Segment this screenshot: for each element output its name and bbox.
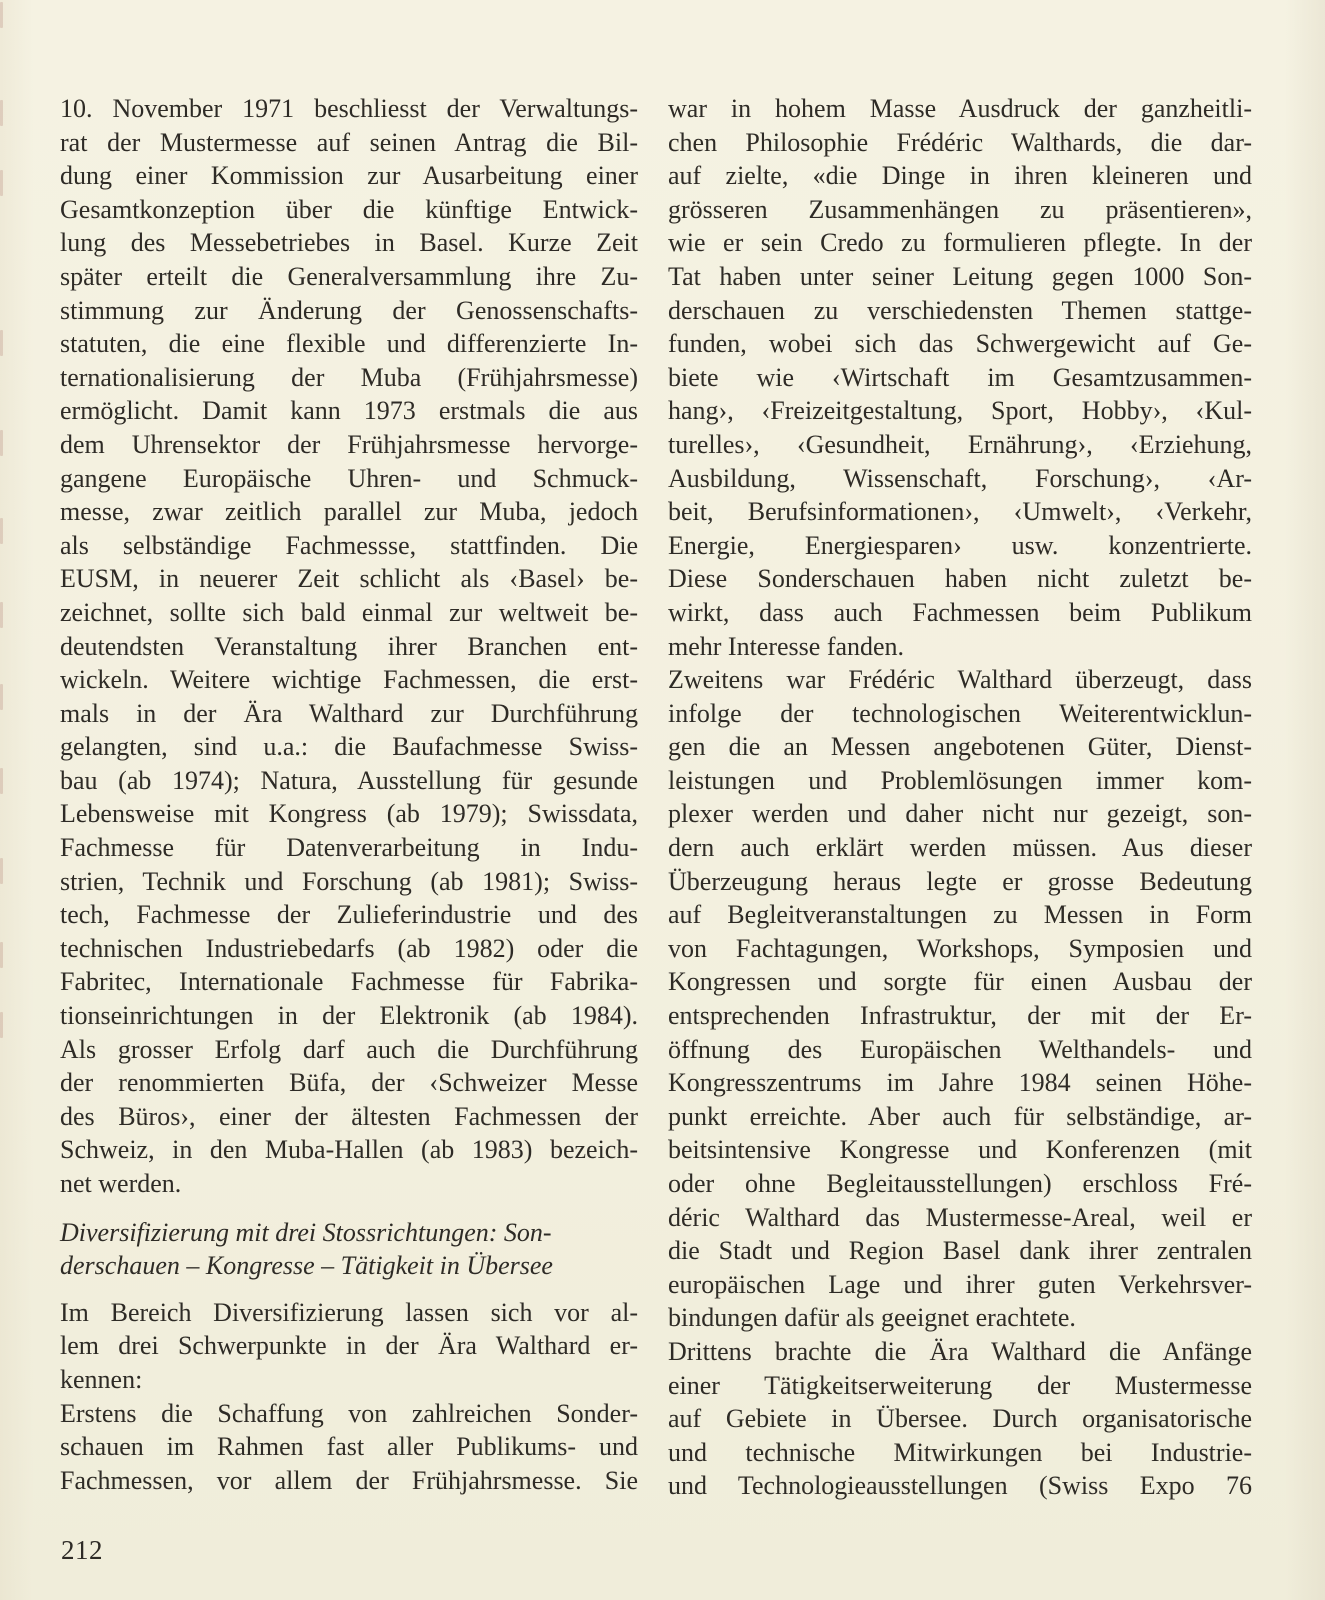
text-line: stimmung zur Änderung der Genossenschaft… xyxy=(60,294,638,328)
text-line: plexer werden und daher nicht nur gezeig… xyxy=(668,797,1252,831)
text-line: derschauen zu verschiedensten Themen sta… xyxy=(668,294,1252,328)
text-line: infolge der technologischen Weiterentwic… xyxy=(668,697,1252,731)
text-line: Schweiz, in den Muba-Hallen (ab 1983) be… xyxy=(60,1133,638,1167)
text-line: ermöglicht. Damit kann 1973 erstmals die… xyxy=(60,394,638,428)
text-column-right: war in hohem Masse Ausdruck der ganzheit… xyxy=(668,92,1252,1503)
text-line: einer Tätigkeitserweiterung der Musterme… xyxy=(668,1369,1252,1403)
text-line: derschauen – Kongresse – Tätigkeit in Üb… xyxy=(60,1249,638,1283)
text-line: Kongressen und sorgte für einen Ausbau d… xyxy=(668,965,1252,999)
text-line: chen Philosophie Frédéric Walthards, die… xyxy=(668,126,1252,160)
text-line: Im Bereich Diversifizierung lassen sich … xyxy=(60,1296,638,1330)
text-line: Kongresszentrums im Jahre 1984 seinen Hö… xyxy=(668,1066,1252,1100)
text-line: messe, zwar zeitlich parallel zur Muba, … xyxy=(60,495,638,529)
text-line: Fachmesse für Datenverarbeitung in Indu- xyxy=(60,831,638,865)
scan-artifact xyxy=(0,2,3,28)
text-line: dung einer Kommission zur Ausarbeitung e… xyxy=(60,159,638,193)
text-line: Als grosser Erfolg darf auch die Durchfü… xyxy=(60,1033,638,1067)
text-line: strien, Technik und Forschung (ab 1981);… xyxy=(60,865,638,899)
text-line: grösseren Zusammenhängen zu präsentieren… xyxy=(668,193,1252,227)
scan-artifact xyxy=(0,942,3,968)
page-number: 212 xyxy=(61,1534,103,1568)
text-line: déric Walthard das Mustermesse-Areal, we… xyxy=(668,1201,1252,1235)
text-line: punkt erreichte. Aber auch für selbständ… xyxy=(668,1100,1252,1134)
text-line: biete wie ‹Wirtschaft im Gesamtzusammen- xyxy=(668,361,1252,395)
text-line: gen die an Messen angebotenen Güter, Die… xyxy=(668,730,1252,764)
paragraph-1: war in hohem Masse Ausdruck der ganzheit… xyxy=(668,92,1252,1503)
text-line: europäischen Lage und ihrer guten Verkeh… xyxy=(668,1268,1252,1302)
text-line: turelles›, ‹Gesundheit, Ernährung›, ‹Erz… xyxy=(668,428,1252,462)
text-line: gelangten, sind u.a.: die Baufachmesse S… xyxy=(60,730,638,764)
scan-artifact xyxy=(0,858,3,884)
text-line: zeichnet, sollte sich bald einmal zur we… xyxy=(60,596,638,630)
paragraph-1: 10. November 1971 beschliesst der Verwal… xyxy=(60,92,638,1201)
text-line: statuten, die eine flexible und differen… xyxy=(60,327,638,361)
text-line: Drittens brachte die Ära Walthard die An… xyxy=(668,1335,1252,1369)
text-line: Energie, Energiesparen› usw. konzentrier… xyxy=(668,529,1252,563)
scan-artifact xyxy=(0,1012,3,1038)
scan-artifact xyxy=(0,684,3,710)
scan-artifact xyxy=(0,170,3,196)
text-line: wickeln. Weitere wichtige Fachmessen, di… xyxy=(60,663,638,697)
text-line: Diese Sonderschauen haben nicht zuletzt … xyxy=(668,562,1252,596)
text-line: und Technologieausstellungen (Swiss Expo… xyxy=(668,1469,1252,1503)
text-line: Tat haben unter seiner Leitung gegen 100… xyxy=(668,260,1252,294)
text-line: lung des Messebetriebes in Basel. Kurze … xyxy=(60,226,638,260)
text-line: funden, wobei sich das Schwergewicht auf… xyxy=(668,327,1252,361)
text-line: als selbständige Fachmessse, stattfinden… xyxy=(60,529,638,563)
text-line: bindungen dafür als geeignet erachtete. xyxy=(668,1301,1252,1335)
scan-artifact xyxy=(0,100,3,126)
scan-artifact xyxy=(0,330,3,356)
text-line: lem drei Schwerpunkte in der Ära Walthar… xyxy=(60,1329,638,1363)
text-line: EUSM, in neuerer Zeit schlicht als ‹Base… xyxy=(60,562,638,596)
text-line: schauen im Rahmen fast aller Publikums- … xyxy=(60,1430,638,1464)
text-line: tionseinrichtungen in der Elektronik (ab… xyxy=(60,999,638,1033)
text-line: hang›, ‹Freizeitgestaltung, Sport, Hobby… xyxy=(668,394,1252,428)
text-line: leistungen und Problemlösungen immer kom… xyxy=(668,764,1252,798)
text-line: des Büros›, einer der ältesten Fachmesse… xyxy=(60,1100,638,1134)
text-line: Lebensweise mit Kongress (ab 1979); Swis… xyxy=(60,797,638,831)
text-line: Gesamtkonzeption über die künftige Entwi… xyxy=(60,193,638,227)
text-line: bau (ab 1974); Natura, Ausstellung für g… xyxy=(60,764,638,798)
text-line: auf Begleitveranstaltungen zu Messen in … xyxy=(668,898,1252,932)
text-line: Überzeugung heraus legte er grosse Bedeu… xyxy=(668,865,1252,899)
text-line: Diversifizierung mit drei Stossrichtunge… xyxy=(60,1216,638,1250)
text-line: beitsintensive Kongresse und Konferenzen… xyxy=(668,1133,1252,1167)
text-line: später erteilt die Generalversammlung ih… xyxy=(60,260,638,294)
subheading: Diversifizierung mit drei Stossrichtunge… xyxy=(60,1216,638,1283)
text-line: Fabritec, Internationale Fachmesse für F… xyxy=(60,965,638,999)
scan-artifact xyxy=(0,430,3,456)
text-line: auf Gebiete in Übersee. Durch organisato… xyxy=(668,1402,1252,1436)
text-line: auf zielte, «die Dinge in ihren kleinere… xyxy=(668,159,1252,193)
text-line: öffnung des Europäischen Welthandels- un… xyxy=(668,1033,1252,1067)
text-line: Erstens die Schaffung von zahlreichen So… xyxy=(60,1397,638,1431)
text-line: entsprechenden Infrastruktur, der mit de… xyxy=(668,999,1252,1033)
text-line: tech, Fachmesse der Zulieferindustrie un… xyxy=(60,898,638,932)
text-line: dern auch erklärt werden müssen. Aus die… xyxy=(668,831,1252,865)
text-column-left: 10. November 1971 beschliesst der Verwal… xyxy=(60,92,638,1497)
text-line: mals in der Ära Walthard zur Durchführun… xyxy=(60,697,638,731)
text-line: technischen Industriebedarfs (ab 1982) o… xyxy=(60,932,638,966)
text-line: mehr Interesse fanden. xyxy=(668,630,1252,664)
text-line: net werden. xyxy=(60,1167,638,1201)
text-line: deutendsten Veranstaltung ihrer Branchen… xyxy=(60,630,638,664)
text-line: 10. November 1971 beschliesst der Verwal… xyxy=(60,92,638,126)
text-line: kennen: xyxy=(60,1363,638,1397)
text-line: von Fachtagungen, Workshops, Symposien u… xyxy=(668,932,1252,966)
text-line: rat der Mustermesse auf seinen Antrag di… xyxy=(60,126,638,160)
text-line: die Stadt und Region Basel dank ihrer ze… xyxy=(668,1234,1252,1268)
paragraph-2: Im Bereich Diversifizierung lassen sich … xyxy=(60,1296,638,1498)
text-line: wie er sein Credo zu formulieren pflegte… xyxy=(668,226,1252,260)
text-line: war in hohem Masse Ausdruck der ganzheit… xyxy=(668,92,1252,126)
text-line: gangene Europäische Uhren- und Schmuck- xyxy=(60,462,638,496)
text-line: Fachmessen, vor allem der Frühjahrsmesse… xyxy=(60,1464,638,1498)
text-line: beit, Berufsinformationen›, ‹Umwelt›, ‹V… xyxy=(668,495,1252,529)
text-line: ternationalisierung der Muba (Frühjahrsm… xyxy=(60,361,638,395)
text-line: dem Uhrensektor der Frühjahrsmesse hervo… xyxy=(60,428,638,462)
scan-artifact xyxy=(0,602,3,628)
scanned-book-page: 10. November 1971 beschliesst der Verwal… xyxy=(0,0,1325,1600)
scan-artifact xyxy=(0,768,3,794)
text-line: und technische Mitwirkungen bei Industri… xyxy=(668,1436,1252,1470)
text-line: oder ohne Begleitausstellungen) erschlos… xyxy=(668,1167,1252,1201)
text-line: Zweitens war Frédéric Walthard überzeugt… xyxy=(668,663,1252,697)
text-line: Ausbildung, Wissenschaft, Forschung›, ‹A… xyxy=(668,462,1252,496)
text-line: der renommierten Büfa, der ‹Schweizer Me… xyxy=(60,1066,638,1100)
text-line: wirkt, dass auch Fachmessen beim Publiku… xyxy=(668,596,1252,630)
scan-artifact xyxy=(0,518,3,544)
